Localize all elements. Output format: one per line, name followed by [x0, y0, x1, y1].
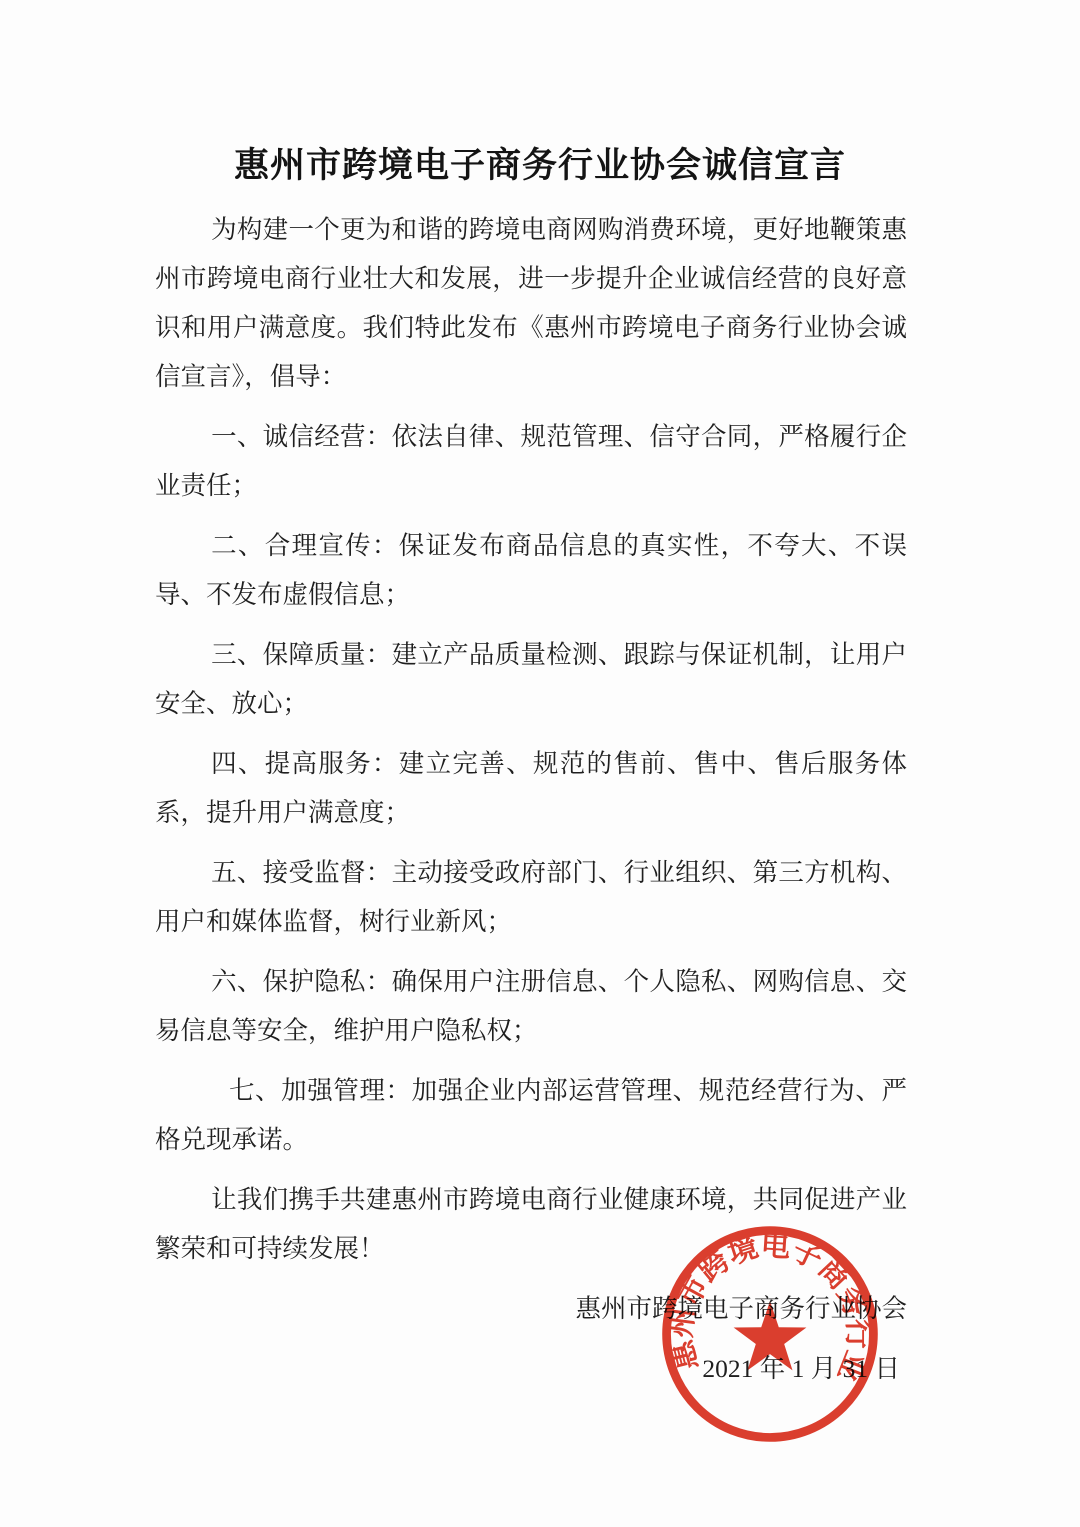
- pledge-item-5: 五、接受监督：主动接受政府部门、行业组织、第三方机构、用户和媒体监督，树行业新风…: [155, 848, 907, 946]
- document-body: 为构建一个更为和谐的跨境电商网购消费环境，更好地鞭策惠州市跨境电商行业壮大和发展…: [155, 205, 907, 1393]
- pledge-item-4: 四、提高服务：建立完善、规范的售前、售中、售后服务体系，提升用户满意度；: [155, 739, 907, 837]
- document-page: 惠州市跨境电子商务行业协会诚信宣言 为构建一个更为和谐的跨境电商网购消费环境，更…: [0, 0, 1080, 1527]
- pledge-item-2: 二、合理宣传：保证发布商品信息的真实性，不夸大、不误导、不发布虚假信息；: [155, 521, 907, 619]
- pledge-item-6: 六、保护隐私：确保用户注册信息、个人隐私、网购信息、交易信息等安全，维护用户隐私…: [155, 957, 907, 1055]
- seal-ring-text: 惠州市跨境电子商务行业协会: [657, 1221, 874, 1387]
- intro-paragraph: 为构建一个更为和谐的跨境电商网购消费环境，更好地鞭策惠州市跨境电商行业壮大和发展…: [155, 205, 907, 401]
- document-title: 惠州市跨境电子商务行业协会诚信宣言: [0, 144, 1080, 188]
- official-seal-stamp: 惠州市跨境电子商务行业协会: [657, 1221, 883, 1447]
- pledge-item-1: 一、诚信经营：依法自律、规范管理、信守合同，严格履行企业责任；: [155, 412, 907, 510]
- star-icon: [734, 1301, 807, 1370]
- pledge-item-7: 七、加强管理：加强企业内部运营管理、规范经营行为、严格兑现承诺。: [155, 1066, 907, 1164]
- pledge-item-3: 三、保障质量：建立产品质量检测、跟踪与保证机制，让用户安全、放心；: [155, 630, 907, 728]
- svg-text:惠州市跨境电子商务行业协会: 惠州市跨境电子商务行业协会: [657, 1221, 874, 1387]
